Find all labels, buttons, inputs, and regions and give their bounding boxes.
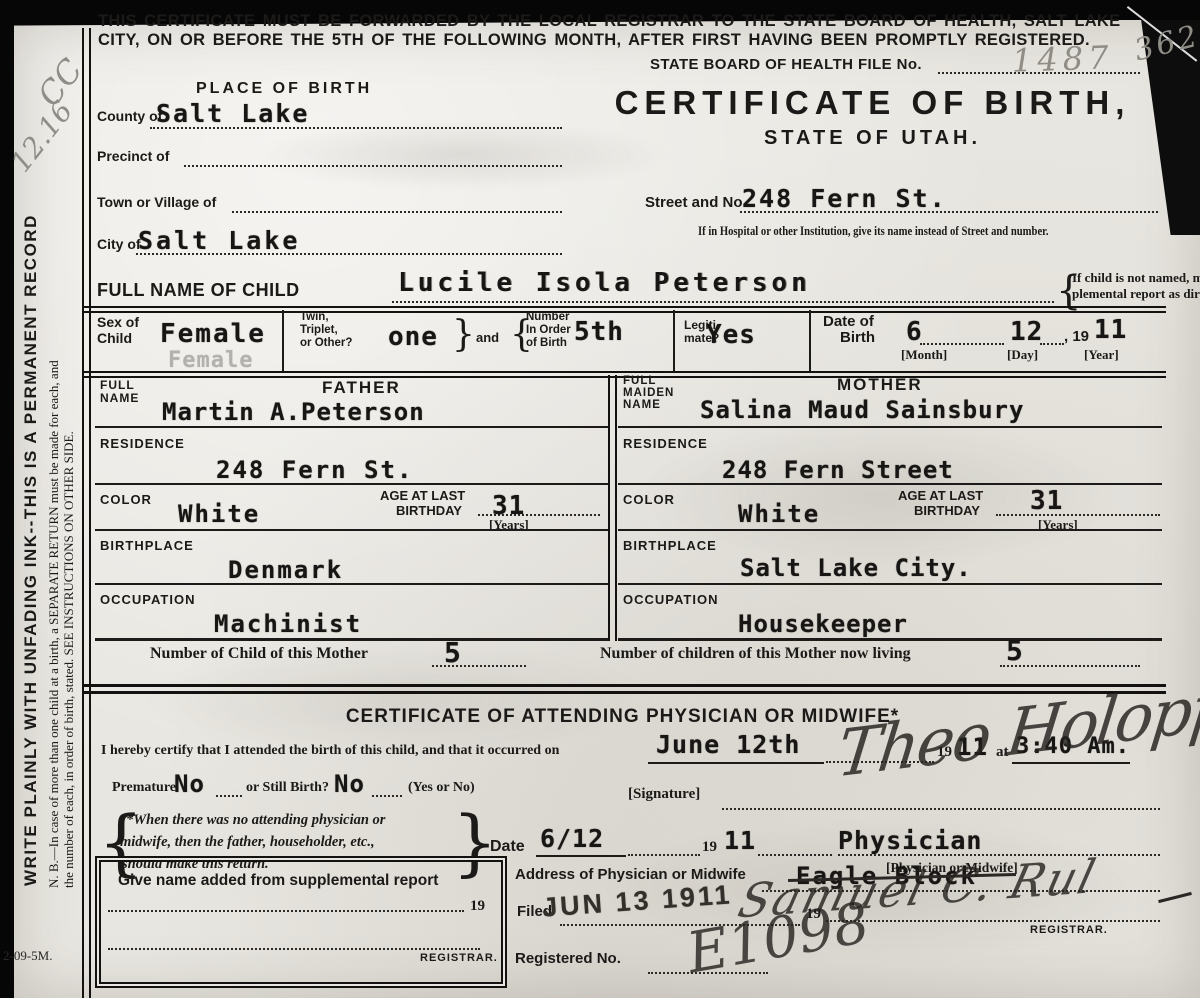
mother-name-label-line2: MAIDEN <box>623 387 674 399</box>
registrar-label-right: REGISTRAR. <box>1030 924 1108 936</box>
mother-occupation-label: OCCUPATION <box>623 592 718 607</box>
father-age-label-line1: AGE AT LAST <box>380 488 465 503</box>
child-name-dotted-line <box>392 301 1054 303</box>
date-year-value: 11 <box>724 826 756 855</box>
twin-label-line1: Twin, <box>300 311 329 323</box>
city-label: City of <box>97 236 141 252</box>
stillbirth-label: or Still Birth? <box>246 780 329 796</box>
mother-age-label-line2: BIRTHDAY <box>914 503 980 518</box>
child-name-value: Lucile Isola Peterson <box>398 268 811 298</box>
precinct-label: Precinct of <box>97 148 169 164</box>
dotted-line <box>108 948 480 950</box>
count-living-value: 5 <box>1006 634 1024 667</box>
rule <box>618 483 1162 485</box>
father-residence-value: 248 Fern St. <box>216 456 413 484</box>
dotted-line <box>108 910 464 912</box>
mother-age-label-line1: AGE AT LAST <box>898 488 983 503</box>
forwarding-notice-line2: CITY, ON OR BEFORE THE 5TH OF THE FOLLOW… <box>98 31 1090 50</box>
legitimate-value: Yes <box>706 320 756 350</box>
father-name-label-line1: FULL <box>100 378 135 392</box>
rule <box>95 529 608 531</box>
margin-nb-line1: N. B.—In case of more than one child at … <box>46 360 61 888</box>
premature-label: Premature <box>112 780 176 796</box>
mother-birthplace-label: BIRTHPLACE <box>623 538 717 553</box>
mother-name-label-line1: FULL <box>623 375 656 387</box>
month-bracket: [Month] <box>901 347 947 363</box>
dob-year-prefix: , 19 <box>1064 328 1089 345</box>
town-dotted-line <box>232 211 562 213</box>
signature-label: [Signature] <box>628 786 700 803</box>
dotted-line <box>920 343 1004 345</box>
sex-value: Female <box>160 319 266 349</box>
father-mother-divider <box>608 375 617 641</box>
county-dotted-line <box>150 127 562 129</box>
registrar-label-left: REGISTRAR. <box>420 952 498 964</box>
mother-occupation-value: Housekeeper <box>738 610 908 638</box>
dotted-line <box>996 514 1160 516</box>
mother-residence-label: RESIDENCE <box>623 436 708 451</box>
rule <box>84 684 1166 694</box>
order-label-line2: In Order <box>526 324 571 336</box>
dotted-line <box>1040 343 1064 345</box>
rule <box>618 583 1162 585</box>
city-dotted-line <box>136 253 562 255</box>
margin-permanent-record-note: WRITE PLAINLY WITH UNFADING INK--THIS IS… <box>21 214 41 886</box>
order-label-line1: Number <box>526 311 569 323</box>
rule <box>618 638 1162 641</box>
father-birthplace-value: Denmark <box>228 556 343 584</box>
divider <box>282 310 284 372</box>
town-label: Town or Village of <box>97 194 216 210</box>
rule <box>95 583 608 585</box>
attendant-role-value: Physician <box>838 826 982 855</box>
supplemental-label: Give name added from supplemental report <box>118 872 438 890</box>
rule <box>536 855 626 857</box>
twin-value: one <box>388 322 438 352</box>
rule <box>84 306 1166 313</box>
certificate-subtitle: STATE OF UTAH. <box>580 127 1165 150</box>
dotted-line <box>216 795 242 797</box>
dotted-line <box>758 854 832 856</box>
sex-label-line2: Child <box>97 330 132 346</box>
unnamed-child-note-line1: If child is not named, make sup- <box>1072 270 1200 286</box>
street-label: Street and No <box>645 194 743 211</box>
rule <box>618 426 1162 428</box>
father-age-label-line2: BIRTHDAY <box>396 503 462 518</box>
child-name-label: FULL NAME OF CHILD <box>97 280 300 301</box>
mother-name-label-line3: NAME <box>623 399 661 411</box>
file-number-dotted-line <box>938 72 1140 74</box>
dob-year-value: 11 <box>1094 315 1127 345</box>
place-of-birth-heading: PLACE OF BIRTH <box>196 80 372 98</box>
mother-color-label: COLOR <box>623 492 675 507</box>
father-occupation-label: OCCUPATION <box>100 592 195 607</box>
mother-heading: MOTHER <box>837 375 923 395</box>
rule <box>648 762 824 764</box>
sex-value-ghost: Female <box>168 348 253 373</box>
mother-birthplace-value: Salt Lake City. <box>740 554 972 582</box>
dotted-line <box>372 795 402 797</box>
mother-name-value: Salina Maud Sainsbury <box>700 396 1024 424</box>
mother-color-value: White <box>738 500 820 528</box>
stillbirth-value: No <box>334 770 365 798</box>
city-value: Salt Lake <box>138 226 300 255</box>
father-occupation-value: Machinist <box>214 610 362 638</box>
street-dotted-line <box>740 211 1158 213</box>
dob-day-value: 12 <box>1010 317 1043 347</box>
yes-or-no-note: (Yes or No) <box>408 780 475 796</box>
birth-certificate-scan: WRITE PLAINLY WITH UNFADING INK--THIS IS… <box>0 0 1200 998</box>
file-number-label: STATE BOARD OF HEALTH FILE No. <box>650 56 922 73</box>
margin-nb-note: N. B.—In case of more than one child at … <box>46 360 76 888</box>
father-heading: FATHER <box>322 378 401 398</box>
dotted-line <box>826 920 1160 922</box>
father-name-label-line2: NAME <box>100 391 139 405</box>
count-living-label: Number of children of this Mother now li… <box>600 645 911 663</box>
day-bracket: [Day] <box>1007 347 1038 363</box>
margin-nb-line2: the number of each, in order of birth, s… <box>61 360 76 888</box>
form-left-rule <box>82 28 91 998</box>
county-value: Salt Lake <box>156 99 309 128</box>
hospital-note: If in Hospital or other Institution, giv… <box>698 224 1049 239</box>
dob-label-line1: Date of <box>823 313 874 330</box>
certify-statement: I hereby certify that I attended the bir… <box>101 743 559 759</box>
father-residence-label: RESIDENCE <box>100 436 185 451</box>
father-color-label: COLOR <box>100 492 152 507</box>
rule <box>95 638 608 641</box>
mother-residence-value: 248 Fern Street <box>722 456 954 484</box>
sex-label-line1: Sex of <box>97 314 139 330</box>
year-bracket: [Year] <box>1084 347 1119 363</box>
order-value: 5th <box>574 317 624 347</box>
no-attendant-note-line1: *When there was no attending physician o… <box>126 812 385 829</box>
date-year-prefix: 19 <box>702 839 717 856</box>
premature-value: No <box>174 770 205 798</box>
twin-label-line3: or Other? <box>300 337 352 349</box>
twin-label-line2: Triplet, <box>300 324 338 336</box>
count-child-label: Number of Child of this Mother <box>150 645 368 663</box>
street-value: 248 Fern St. <box>742 184 947 213</box>
dob-label-line2: Birth <box>840 329 875 346</box>
rule <box>618 529 1162 531</box>
dotted-line <box>432 665 526 667</box>
supplemental-year: 19 <box>470 898 485 915</box>
rule <box>95 426 608 428</box>
print-code: 2-09-5M. <box>3 948 52 964</box>
no-attendant-note-line2: midwife, then the father, householder, e… <box>120 834 375 851</box>
and-label: and <box>476 330 499 345</box>
certificate-title: CERTIFICATE OF BIRTH, <box>580 84 1165 122</box>
date-label: Date <box>490 838 525 856</box>
dotted-line <box>1000 665 1140 667</box>
father-name-value: Martin A.Peterson <box>162 398 425 426</box>
divider <box>673 310 675 372</box>
forwarding-notice-line1: THIS CERTIFICATE MUST BE FORWARDED BY TH… <box>98 12 1120 31</box>
mother-age-value: 31 <box>1030 486 1063 516</box>
brace-close: } <box>452 314 475 355</box>
dotted-line <box>722 808 1160 810</box>
registered-no-label: Registered No. <box>515 950 621 967</box>
father-birthplace-label: BIRTHPLACE <box>100 538 194 553</box>
rule <box>95 483 608 485</box>
county-label: County of <box>97 108 162 124</box>
date-value: 6/12 <box>540 824 604 853</box>
unnamed-child-note-line2: plemental report as directed <box>1072 286 1200 302</box>
occurred-date-value: June 12th <box>656 730 800 759</box>
father-color-value: White <box>178 500 260 528</box>
order-label-line3: of Birth <box>526 337 567 349</box>
precinct-dotted-line <box>184 165 562 167</box>
dotted-line <box>628 854 700 856</box>
divider <box>809 310 811 372</box>
